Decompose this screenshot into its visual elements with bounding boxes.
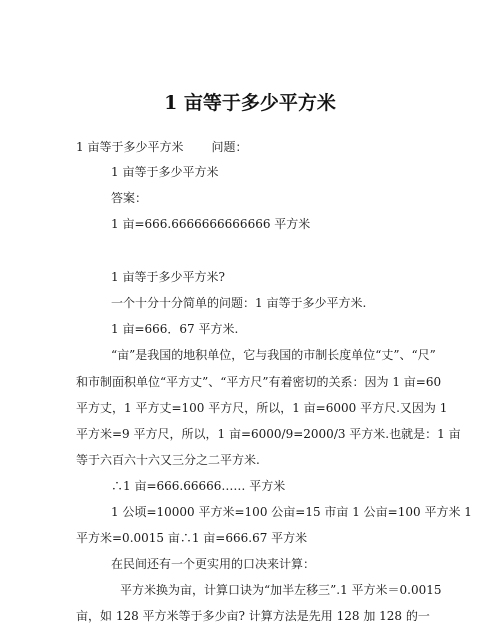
paragraph-line: 在民间还有一个更实用的口决来计算： bbox=[111, 556, 315, 572]
paragraph-line: 平方米=9 平方尺，所以，1 亩=6000/9=2000/3 平方米.也就是：1… bbox=[76, 426, 461, 442]
paragraph-line: 平方丈，1 平方丈=100 平方尺，所以，1 亩=6000 平方尺.又因为 1 bbox=[76, 400, 447, 416]
paragraph-line: 1 亩等于多少平方米 bbox=[111, 164, 218, 180]
paragraph-line: 1 亩等于多少平方米? bbox=[111, 269, 225, 285]
paragraph-line: 一个十分十分简单的问题：1 亩等于多少平方米. bbox=[111, 295, 366, 311]
paragraph-line: 1 亩=666.6666666666666 平方米 bbox=[111, 216, 310, 232]
question-label: 问题： bbox=[211, 140, 247, 154]
paragraph-line: 和市制面积单位“平方丈”、“平方尺”有着密切的关系：因为 1 亩=60 bbox=[76, 374, 441, 390]
paragraph-line: 亩，如 128 平方米等于多少亩? 计算方法是先用 128 加 128 的一 bbox=[76, 608, 430, 624]
paragraph-line: 平方米=0.0015 亩∴1 亩=666.67 平方米 bbox=[76, 530, 307, 546]
paragraph-line: 平方米换为亩，计算口诀为“加半左移三”.1 平方米＝0.0015 bbox=[120, 582, 442, 598]
paragraph-line: 1 亩等于多少平方米问题： bbox=[76, 139, 247, 155]
paragraph-line: “亩”是我国的地积单位，它与我国的市制长度单位“丈”、“尺” bbox=[111, 347, 436, 363]
paragraph-line: 1 公顷=10000 平方米=100 公亩=15 市亩 1 公亩=100 平方米… bbox=[111, 504, 472, 520]
heading-text: 1 亩等于多少平方米 bbox=[76, 140, 183, 154]
document-title: 1 亩等于多少平方米 bbox=[0, 90, 500, 116]
answer-label: 答案： bbox=[111, 190, 147, 206]
document-page: 1 亩等于多少平方米 1 亩等于多少平方米问题： 1 亩等于多少平方米 答案： … bbox=[0, 0, 500, 636]
paragraph-line: 等于六百六十六又三分之二平方米. bbox=[76, 452, 260, 468]
paragraph-line: ∴1 亩=666.66666…… 平方米 bbox=[111, 478, 285, 494]
paragraph-line: 1 亩=666．67 平方米. bbox=[111, 321, 238, 337]
